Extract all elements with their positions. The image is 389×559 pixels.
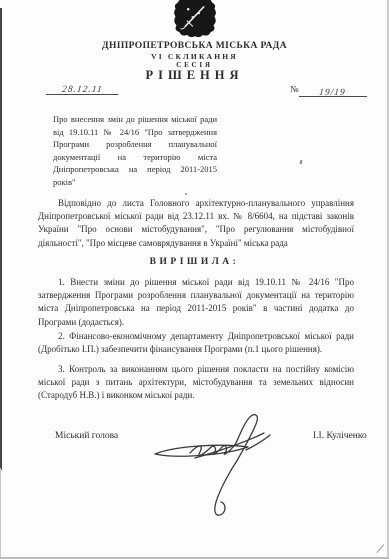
organization-name: ДНІПРОПЕТРОВСЬКА МІСЬКА РАДА [0,41,389,51]
resolution-item-1: 1. Внести зміни до рішення міської ради … [38,276,354,329]
city-coat-of-arms-icon [173,0,217,37]
handwritten-date: 28.12.11 [61,85,103,95]
convocation-line: VI СКЛИКАННЯ [0,52,389,61]
preamble-paragraph: Відповідно до листа Головного архітектур… [38,197,354,250]
number-sign: № [290,84,299,94]
signatory-title: Міський голова [55,431,118,441]
number-field: №19/19 [290,79,367,94]
scan-speck [185,193,187,195]
scan-corner-mark [377,544,385,553]
date-field: 28.12.11 [46,79,118,95]
resolution-item-2: 2. Фінансово-економічному департаменту Д… [38,330,354,356]
resolution-item-3: 3. Контроль за виконанням цього рішення … [38,363,354,403]
document-page: ДНІПРОПЕТРОВСЬКА МІСЬКА РАДА VI СКЛИКАНН… [0,0,389,559]
signatory-name: І.І. Куліченко [313,431,367,441]
scan-edge-left-faint [0,468,1,558]
handwritten-number: 19/19 [319,88,347,98]
decision-subject: Про внесення змін до рішення міської рад… [53,113,217,189]
scan-speck [300,160,303,164]
resolution-heading: ВИРІШИЛА: [0,257,389,267]
mayor-signature-icon [150,406,292,526]
